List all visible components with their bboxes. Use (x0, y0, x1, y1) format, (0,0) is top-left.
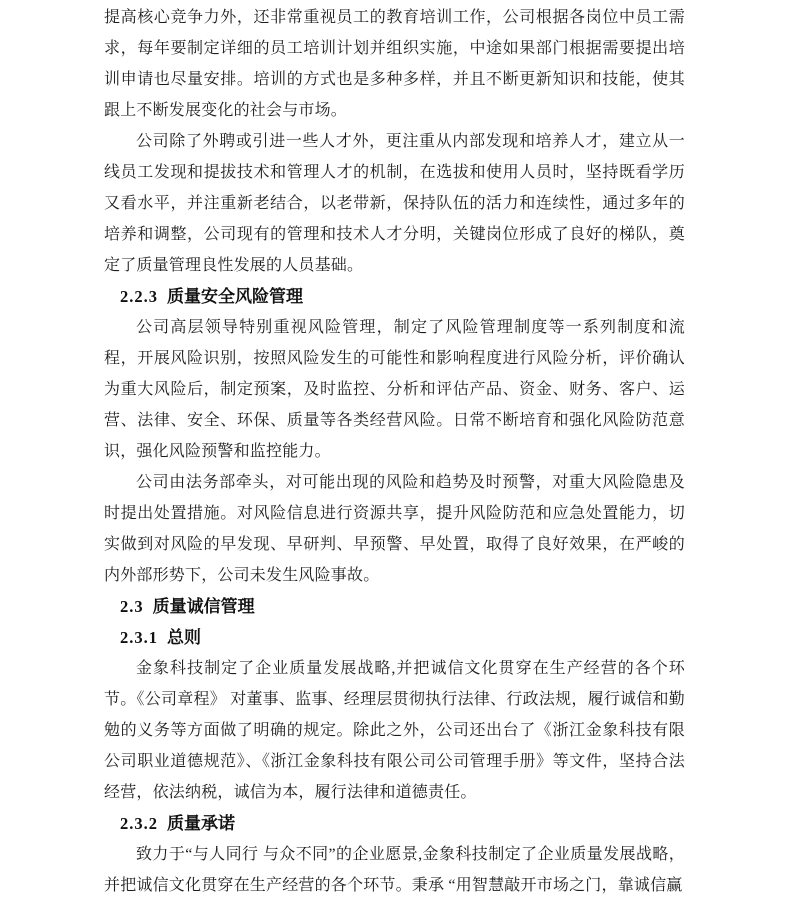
paragraph-employee-training: 提高核心竞争力外，还非常重视员工的教育培训工作，公司根据各岗位中员工需求，每年要… (104, 2, 685, 126)
heading-number: 2.3 (120, 597, 144, 616)
heading-2-2-3-quality-safety-risk: 2.2.3质量安全风险管理 (120, 281, 685, 312)
paragraph-quality-commitment: 致力于“与人同行 与众不同”的企业愿景,金象科技制定了企业质量发展战略，并把诚信… (104, 839, 685, 901)
heading-text: 总则 (167, 628, 201, 647)
document-page: 提高核心竞争力外，还非常重视员工的教育培训工作，公司根据各岗位中员工需求，每年要… (0, 0, 796, 903)
heading-number: 2.2.3 (120, 287, 158, 306)
paragraph-risk-early-warning: 公司由法务部牵头，对可能出现的风险和趋势及时预警，对重大风险隐患及时提出处置措施… (104, 467, 685, 591)
heading-number: 2.3.2 (120, 814, 158, 833)
paragraph-talent-development: 公司除了外聘或引进一些人才外，更注重从内部发现和培养人才，建立从一线员工发现和提… (104, 126, 685, 281)
paragraph-risk-management: 公司高层领导特别重视风险管理，制定了风险管理制度等一系列制度和流程，开展风险识别… (104, 312, 685, 467)
heading-text: 质量安全风险管理 (167, 287, 303, 306)
heading-text: 质量承诺 (167, 814, 235, 833)
heading-number: 2.3.1 (120, 628, 158, 647)
heading-2-3-2-quality-commitment: 2.3.2质量承诺 (120, 808, 685, 839)
heading-text: 质量诚信管理 (153, 597, 255, 616)
heading-2-3-quality-integrity: 2.3质量诚信管理 (120, 591, 685, 622)
heading-2-3-1-general-principles: 2.3.1总则 (120, 622, 685, 653)
paragraph-integrity-principles: 金象科技制定了企业质量发展战略,并把诚信文化贯穿在生产经营的各个环节。《公司章程… (104, 653, 685, 808)
